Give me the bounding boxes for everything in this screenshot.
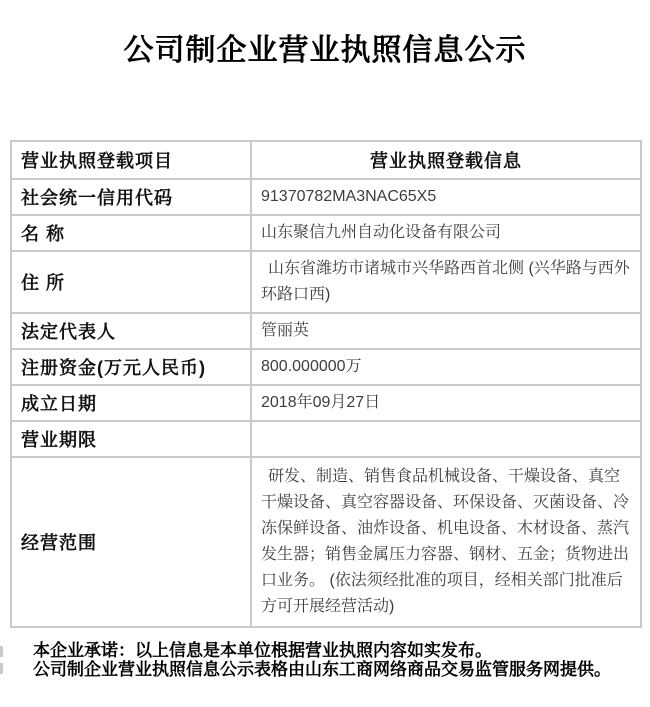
- row-label: 成立日期: [11, 385, 251, 421]
- table-row-registered-capital: 注册资金(万元人民币) 800.000000万: [11, 349, 641, 385]
- row-label: 经营范围: [11, 457, 251, 627]
- row-label: 住 所: [11, 251, 251, 313]
- row-label: 法定代表人: [11, 313, 251, 349]
- row-value: 2018年09月27日: [251, 385, 641, 421]
- left-edge-mark: [0, 663, 3, 674]
- row-label: 名 称: [11, 215, 251, 251]
- table-row-credit-code: 社会统一信用代码 91370782MA3NAC65X5: [11, 179, 641, 215]
- row-label: 社会统一信用代码: [11, 179, 251, 215]
- row-label: 营业期限: [11, 421, 251, 457]
- row-value: 800.000000万: [251, 349, 641, 385]
- table-row-address: 住 所 山东省潍坊市诸城市兴华路西首北侧 (兴华路与西外环路口西): [11, 251, 641, 313]
- license-info-table: 营业执照登载项目 营业执照登载信息 社会统一信用代码 91370782MA3NA…: [10, 140, 642, 628]
- row-value: 管丽英: [251, 313, 641, 349]
- row-value: [251, 421, 641, 457]
- page-title: 公司制企业营业执照信息公示: [0, 30, 650, 72]
- row-value: 山东聚信九州自动化设备有限公司: [251, 215, 641, 251]
- left-edge-mark: [0, 646, 3, 657]
- header-item-column: 营业执照登载项目: [11, 141, 251, 179]
- row-value: 91370782MA3NAC65X5: [251, 179, 641, 215]
- table-header-row: 营业执照登载项目 营业执照登载信息: [11, 141, 641, 179]
- row-label: 注册资金(万元人民币): [11, 349, 251, 385]
- row-value: 研发、制造、销售食品机械设备、干燥设备、真空干燥设备、真空容器设备、环保设备、灭…: [251, 457, 641, 627]
- table-row-business-scope: 经营范围 研发、制造、销售食品机械设备、干燥设备、真空干燥设备、真空容器设备、环…: [11, 457, 641, 627]
- row-value: 山东省潍坊市诸城市兴华路西首北侧 (兴华路与西外环路口西): [251, 251, 641, 313]
- header-info-column: 营业执照登载信息: [251, 141, 641, 179]
- promise-statement: 本企业承诺：以上信息是本单位根据营业执照内容如实发布。: [33, 641, 633, 660]
- footer-statements: 本企业承诺：以上信息是本单位根据营业执照内容如实发布。 公司制企业营业执照信息公…: [33, 641, 633, 679]
- table-row-business-term: 营业期限: [11, 421, 641, 457]
- table-row-legal-representative: 法定代表人 管丽英: [11, 313, 641, 349]
- provider-statement: 公司制企业营业执照信息公示表格由山东工商网络商品交易监管服务网提供。: [33, 660, 633, 679]
- table-row-company-name: 名 称 山东聚信九州自动化设备有限公司: [11, 215, 641, 251]
- table-row-establish-date: 成立日期 2018年09月27日: [11, 385, 641, 421]
